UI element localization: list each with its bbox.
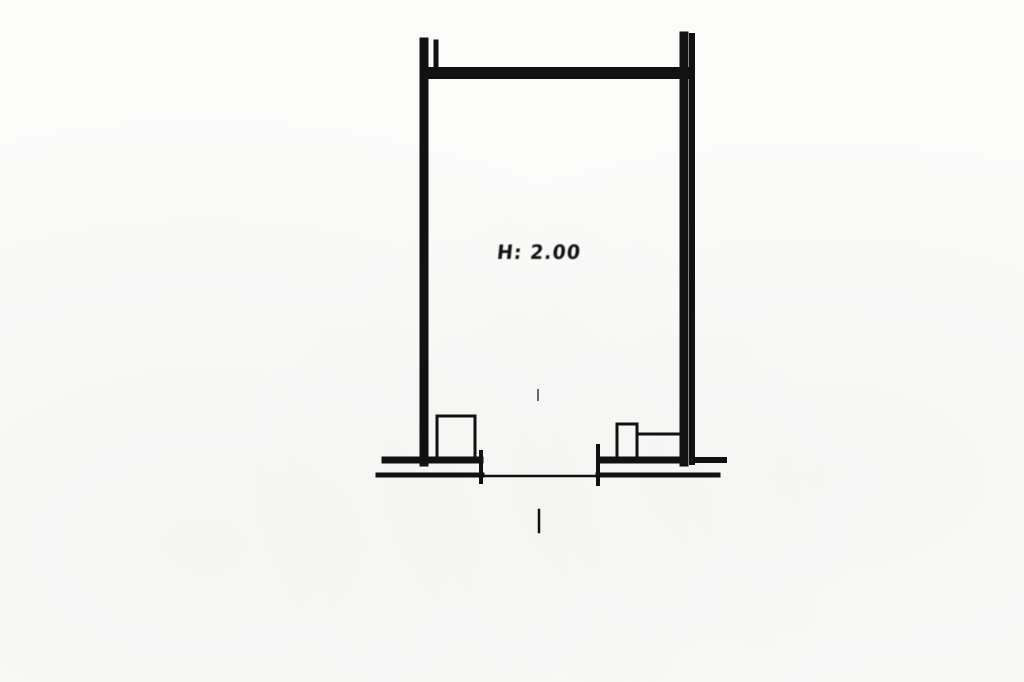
right-wall [684, 36, 692, 462]
left-wall [424, 42, 436, 462]
room-height-label: H: 2.00 [496, 242, 582, 264]
door-jambs [481, 446, 598, 484]
floor-plan-drawing [0, 0, 1024, 682]
bottom-wall-outer [378, 475, 718, 476]
right-pillar-boxes [617, 424, 681, 458]
left-pillar-box [437, 416, 475, 458]
